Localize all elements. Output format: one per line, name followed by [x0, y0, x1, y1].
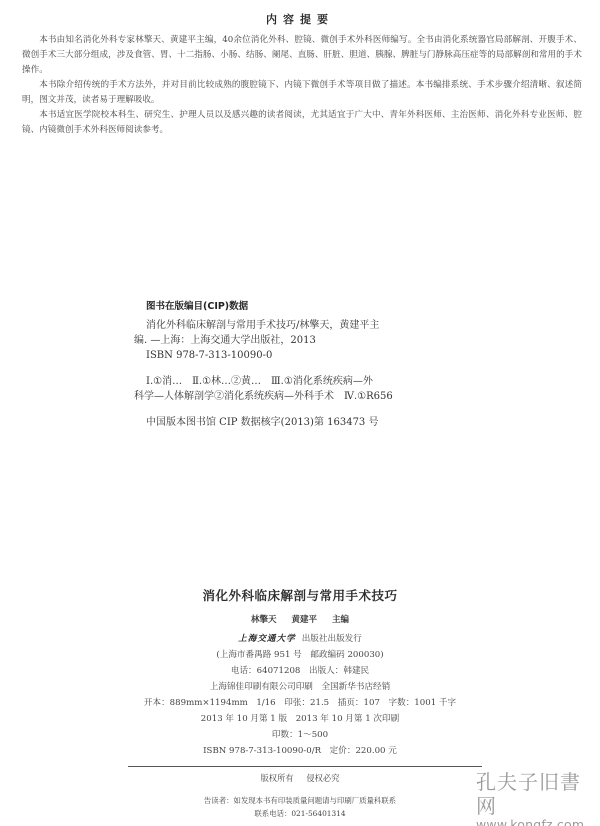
cip-isbn: ISBN 978-7-313-10090-0 [134, 348, 474, 363]
copyright-reserved: 版权所有 [260, 773, 293, 783]
summary-paragraph: 本书适宜医学院校本科生、研究生、护理人员以及感兴趣的读者阅读，尤其适宜于广大中、… [22, 108, 582, 138]
editor-name: 林擎天 [251, 615, 277, 625]
publisher-address: (上海市番禺路 951 号 邮政编码 200030) [0, 647, 600, 663]
infringement-notice: 侵权必究 [306, 773, 339, 783]
cip-data-block: 图书在版编目(CIP)数据 消化外科临床解剖与常用手术技巧/林擎天，黄建平主 编… [134, 298, 474, 430]
publisher-logo: 上海交通大学 [238, 634, 296, 644]
editor-name: 黄建平 [291, 615, 317, 625]
watermark: 孔夫子旧書网 www.kongfz.com [476, 770, 600, 826]
summary-paragraph: 本书由知名消化外科专家林擎天、黄建平主编，40余位消化外科、腔镜、微创手术外科医… [22, 33, 582, 78]
edition-line: 2013 年 10 月第 1 版 2013 年 10 月第 1 次印刷 [0, 711, 600, 727]
colophon: 消化外科临床解剖与常用手术技巧 林擎天 黄建平 主编 上海交通大学出版社出版发行… [0, 586, 600, 759]
cip-classification-line: 科学—人体解剖学②消化系统疾病—外科手术 Ⅳ.①R656 [134, 389, 474, 404]
cip-classification-line: Ⅰ.①消… Ⅱ.①林…②黄… Ⅲ.①消化系统疾病—外 [134, 374, 474, 389]
publisher-phone: 电话：64071208 出版人：韩建民 [0, 663, 600, 679]
cip-record-number: 中国版本图书馆 CIP 数据核字(2013)第 163473 号 [134, 415, 474, 430]
summary-body: 本书由知名消化外科专家林擎天、黄建平主编，40余位消化外科、腔镜、微创手术外科医… [22, 33, 582, 138]
cip-publication-line: 编. —上海：上海交通大学出版社，2013 [134, 333, 474, 348]
summary-paragraph: 本书除介绍传统的手术方法外，并对目前比较成熟的腹腔镜下、内镜下微创手术等项目做了… [22, 78, 582, 108]
editors-line: 林擎天 黄建平 主编 [0, 613, 600, 625]
watermark-name: 孔夫子旧書网 [476, 770, 600, 818]
publisher-suffix: 出版社出版发行 [302, 634, 362, 644]
printer-line: 上海锦佳印刷有限公司印刷 全国新华书店经销 [0, 679, 600, 695]
divider-rule [128, 766, 482, 767]
editor-role: 主编 [332, 615, 349, 625]
summary-title: 内容提要 [0, 11, 600, 27]
book-title: 消化外科临床解剖与常用手术技巧 [0, 586, 600, 604]
cip-title-line: 消化外科临床解剖与常用手术技巧/林擎天，黄建平主 [134, 318, 474, 333]
publisher-line: 上海交通大学出版社出版发行 [0, 631, 600, 647]
specs-line: 开本：889mm×1194mm 1/16 印张：21.5 插页：107 字数：1… [0, 695, 600, 711]
cip-heading: 图书在版编目(CIP)数据 [146, 298, 474, 312]
isbn-price-line: ISBN 978-7-313-10090-0/R 定价：220.00 元 [0, 743, 600, 759]
watermark-url: www.kongfz.com [476, 818, 600, 826]
print-run-line: 印数：1～500 [0, 727, 600, 743]
